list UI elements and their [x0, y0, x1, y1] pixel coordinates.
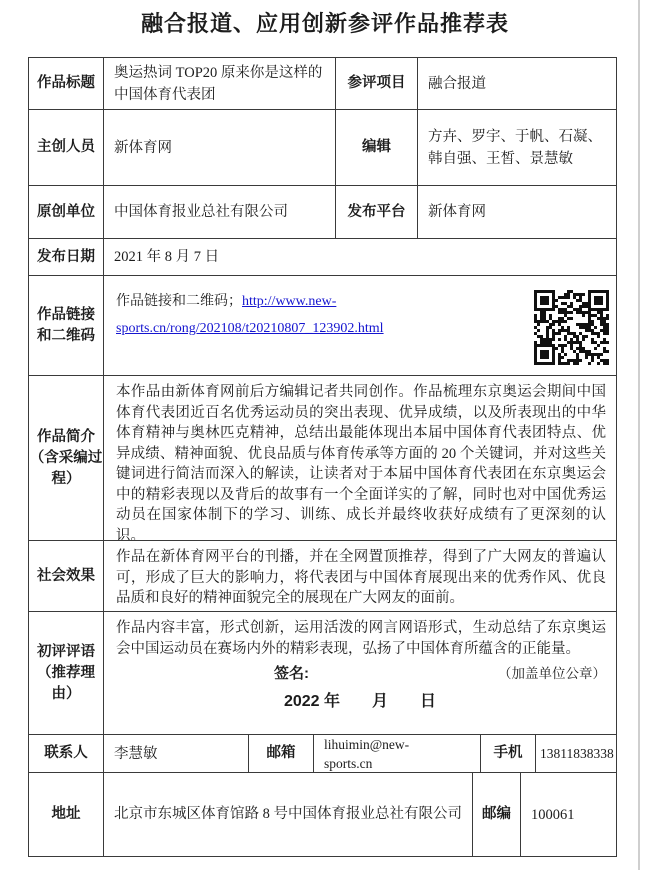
work-summary-label: 作品简介 （含采编过 程） — [29, 376, 104, 540]
signature-date-line: 2022 年 月 日 — [104, 688, 616, 711]
contact-person-value: 李慧敏 — [104, 735, 249, 772]
work-title-label: 作品标题 — [29, 58, 104, 109]
recommendation-form-page: 融合报道、应用创新参评作品推荐表 作品标题 奥运热词 TOP20 原来你是这样的… — [0, 0, 650, 870]
table-row: 主创人员 新体育网 编辑 方卉、罗宇、于帆、石凝、韩自强、王皙、景慧敏 — [29, 110, 616, 186]
creators-label: 主创人员 — [29, 110, 104, 185]
signature-label: 签名: — [274, 662, 309, 683]
editors-label: 编辑 — [336, 110, 418, 185]
table-row: 发布日期 2021 年 8 月 7 日 — [29, 239, 616, 276]
original-unit-label: 原创单位 — [29, 186, 104, 238]
work-link-label: 作品链接 和二维码 — [29, 276, 104, 375]
signature-row: 签名: （加盖单位公章） — [104, 662, 616, 683]
link-prefix: 作品链接和二维码； — [116, 294, 242, 309]
official-seal-note: （加盖单位公章） — [498, 662, 606, 682]
table-row: 作品标题 奥运热词 TOP20 原来你是这样的中国体育代表团 参评项目 融合报道 — [29, 58, 616, 110]
work-summary-text: 本作品由新体育网前后方编辑记者共同创作。作品梳理东京奥运会期间中国体育代表团近百… — [104, 376, 616, 540]
email-value: lihuimin@new-sports.cn — [314, 735, 481, 772]
table-row: 初评评语 （推荐理 由） 作品内容丰富，形式创新，运用活泼的网言网语形式，生动总… — [29, 612, 616, 735]
recommendation-table: 作品标题 奥运热词 TOP20 原来你是这样的中国体育代表团 参评项目 融合报道… — [28, 57, 617, 857]
postcode-value: 100061 — [521, 773, 616, 856]
review-comment-cell: 作品内容丰富，形式创新，运用活泼的网言网语形式，生动总结了东京奥运会中国运动员在… — [104, 612, 616, 734]
social-effect-cell: 作品在新体育网平台的刊播，并在全网置顶推荐，得到了广大网友的普遍认可，形成了巨大… — [104, 541, 616, 611]
table-row: 社会效果 作品在新体育网平台的刊播，并在全网置顶推荐，得到了广大网友的普遍认可，… — [29, 541, 616, 612]
publish-platform-value: 新体育网 — [418, 186, 616, 238]
social-effect-label: 社会效果 — [29, 541, 104, 611]
publish-date-value: 2021 年 8 月 7 日 — [104, 239, 616, 275]
scan-edge-artifact — [638, 0, 640, 870]
mobile-label: 手机 — [481, 735, 536, 772]
address-label: 地址 — [29, 773, 104, 856]
original-unit-value: 中国体育报业总社有限公司 — [104, 186, 336, 238]
table-row: 原创单位 中国体育报业总社有限公司 发布平台 新体育网 — [29, 186, 616, 239]
email-text: lihuimin@new-sports.cn — [324, 735, 442, 772]
review-comment-label: 初评评语 （推荐理 由） — [29, 612, 104, 734]
work-link-cell: 作品链接和二维码；http://www.new-sports.cn/rong/2… — [104, 276, 616, 375]
mobile-value: 13811838338 — [536, 735, 616, 772]
postcode-label: 邮编 — [473, 773, 521, 856]
table-row: 作品简介 （含采编过 程） 本作品由新体育网前后方编辑记者共同创作。作品梳理东京… — [29, 376, 616, 541]
publish-platform-label: 发布平台 — [336, 186, 418, 238]
email-label: 邮箱 — [249, 735, 314, 772]
work-link-text: 作品链接和二维码；http://www.new-sports.cn/rong/2… — [104, 276, 456, 342]
table-row: 作品链接 和二维码 作品链接和二维码；http://www.new-sports… — [29, 276, 616, 376]
work-summary-cell: 本作品由新体育网前后方编辑记者共同创作。作品梳理东京奥运会期间中国体育代表团近百… — [104, 376, 616, 540]
publish-date-label: 发布日期 — [29, 239, 104, 275]
page-title: 融合报道、应用创新参评作品推荐表 — [0, 7, 650, 38]
social-effect-text: 作品在新体育网平台的刊播，并在全网置顶推荐，得到了广大网友的普遍认可，形成了巨大… — [104, 541, 616, 609]
qr-code-image — [534, 290, 609, 365]
entry-category-label: 参评项目 — [336, 58, 418, 109]
work-title-value: 奥运热词 TOP20 原来你是这样的中国体育代表团 — [104, 58, 336, 109]
table-row: 联系人 李慧敏 邮箱 lihuimin@new-sports.cn 手机 138… — [29, 735, 616, 773]
address-value: 北京市东城区体育馆路 8 号中国体育报业总社有限公司 — [104, 773, 473, 856]
review-comment-text: 作品内容丰富，形式创新，运用活泼的网言网语形式，生动总结了东京奥运会中国运动员在… — [104, 612, 616, 659]
table-row: 地址 北京市东城区体育馆路 8 号中国体育报业总社有限公司 邮编 100061 — [29, 773, 616, 856]
contact-person-label: 联系人 — [29, 735, 104, 772]
creators-value: 新体育网 — [104, 110, 336, 185]
editors-value: 方卉、罗宇、于帆、石凝、韩自强、王皙、景慧敏 — [418, 110, 616, 185]
entry-category-value: 融合报道 — [418, 58, 616, 109]
